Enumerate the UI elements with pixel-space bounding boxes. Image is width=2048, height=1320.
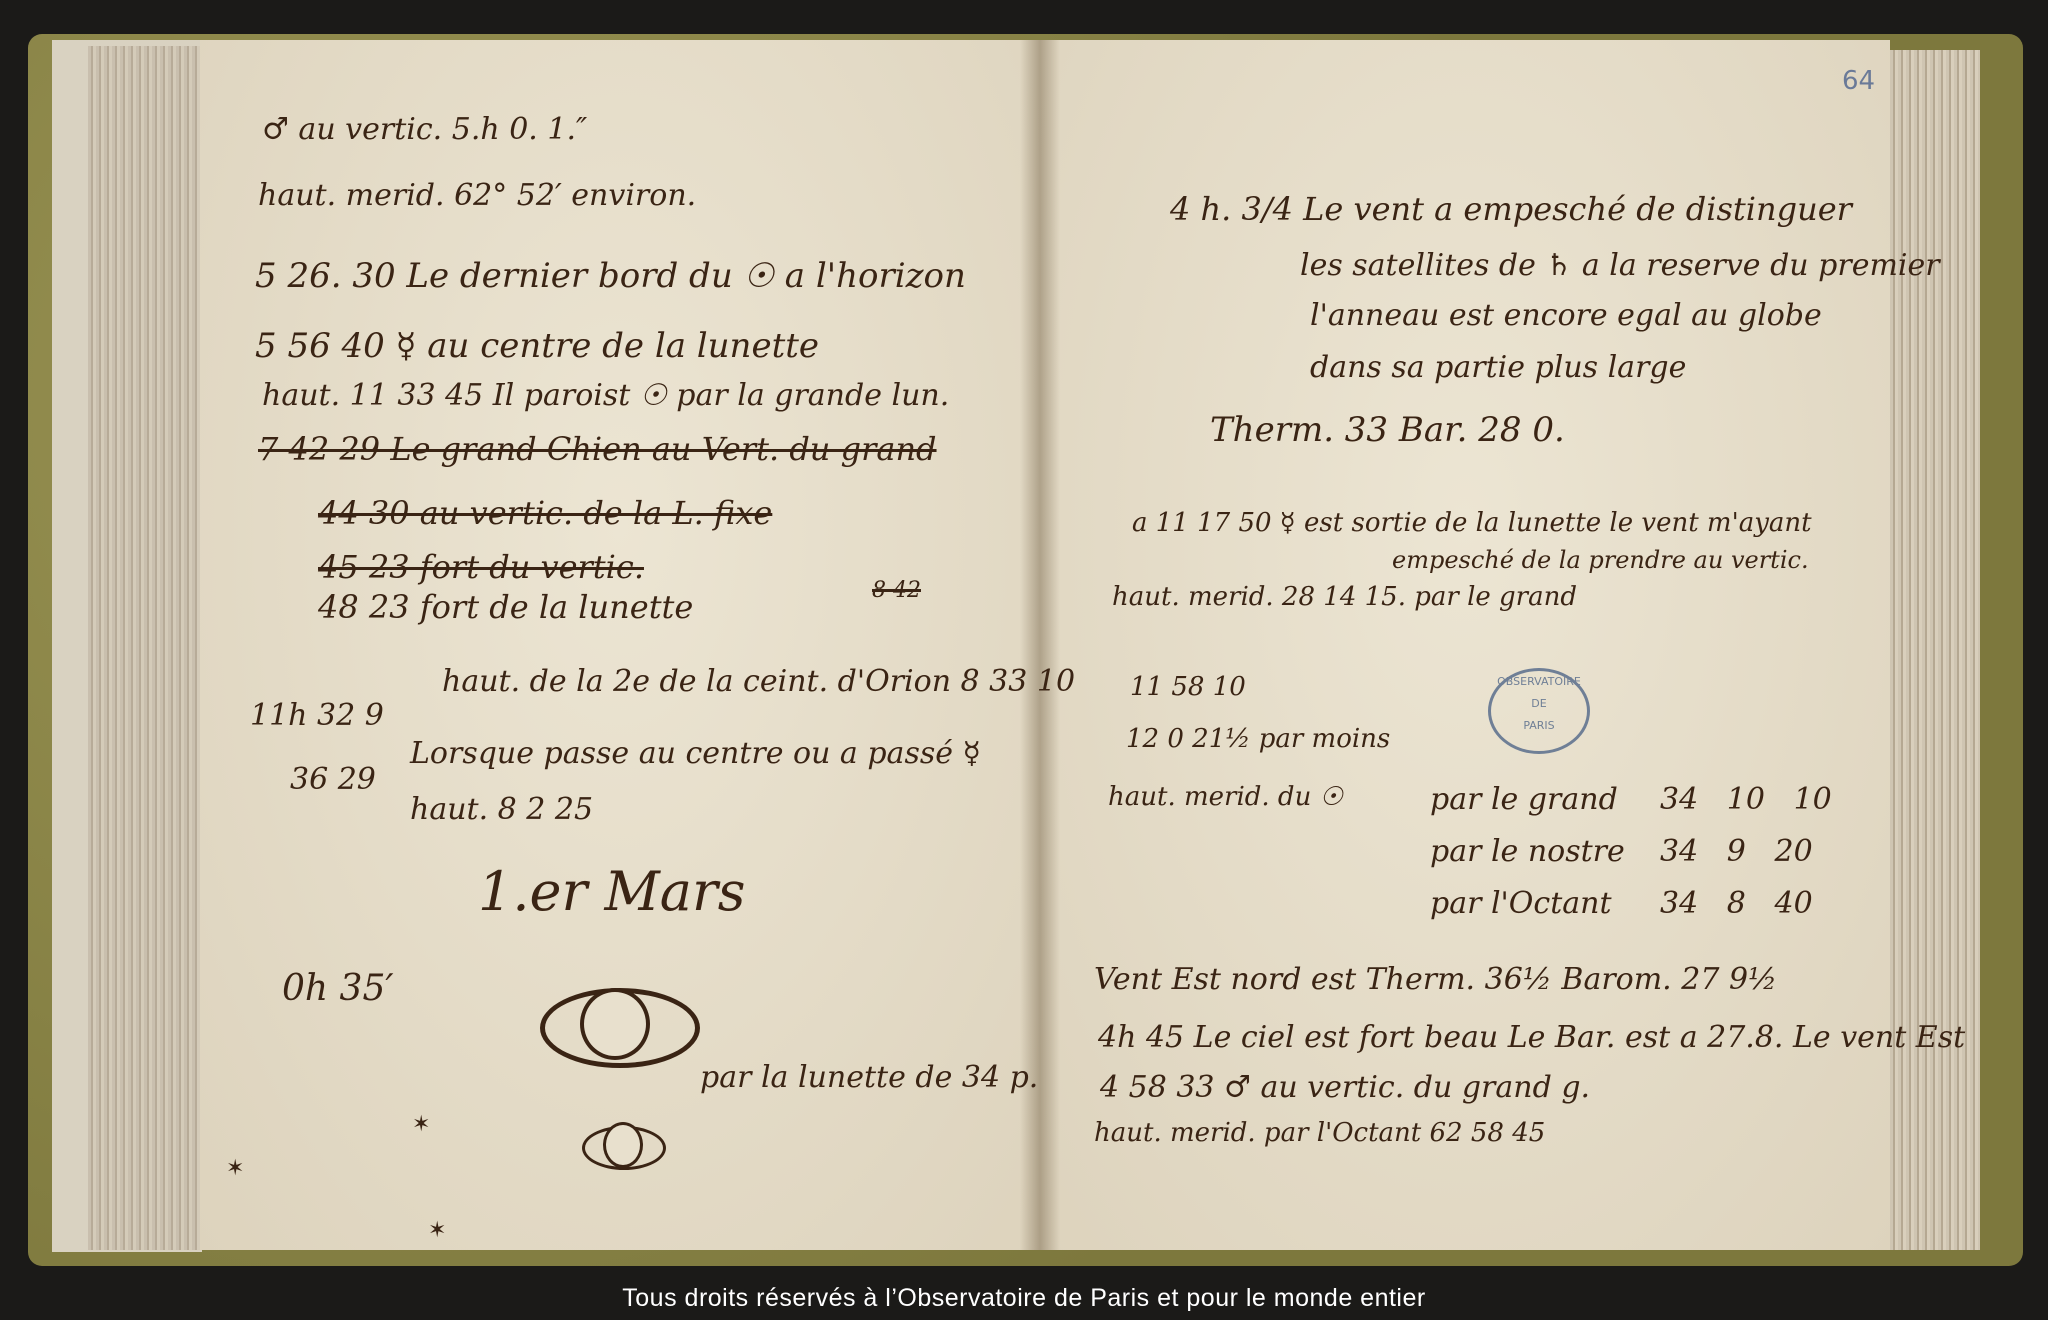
copyright-footer: Tous droits réservés à l’Observatoire de… bbox=[0, 1284, 2048, 1313]
star-icon: ✶ bbox=[428, 1218, 446, 1243]
meridian-row-2-instrument: par le nostre bbox=[1430, 834, 1625, 869]
left-line-5: haut. 11 33 45 Il paroist ☉ par la grand… bbox=[262, 378, 949, 413]
bottom-line-3: 4 58 33 ♂ au vertic. du grand g. bbox=[1100, 1070, 1590, 1105]
orion-time-2: 36 29 bbox=[290, 762, 376, 797]
left-line-1: ♂ au vertic. 5.h 0. 1.″ bbox=[262, 112, 587, 147]
left-line-9: 48 23 fort de la lunette bbox=[318, 588, 693, 626]
left-line-7-struck: 44 30 au vertic. de la L. fixe bbox=[318, 494, 772, 532]
bottom-line-2: 4h 45 Le ciel est fort beau Le Bar. est … bbox=[1098, 1020, 1965, 1055]
left-line-2: haut. merid. 62° 52′ environ. bbox=[258, 178, 696, 213]
star-icon: ✶ bbox=[412, 1112, 430, 1137]
orion-line-3: haut. 8 2 25 bbox=[410, 792, 593, 827]
obs-line-4: 12 0 21½ par moins bbox=[1126, 724, 1390, 754]
meridian-row-1-instrument: par le grand bbox=[1430, 782, 1618, 817]
saturn-sketch-large-globe bbox=[580, 988, 650, 1060]
meridian-row-3-values: 34 8 40 bbox=[1660, 886, 1813, 921]
margin-note: 8 42 bbox=[872, 578, 921, 603]
right-line-1: 4 h. 3/4 Le vent a empesché de distingue… bbox=[1170, 190, 1852, 228]
right-line-5: Therm. 33 Bar. 28 0. bbox=[1210, 410, 1565, 450]
left-line-4: 5 56 40 ☿ au centre de la lunette bbox=[255, 326, 819, 366]
left-line-6-struck: 7 42 29 Le grand Chien au Vert. du grand bbox=[258, 430, 937, 468]
left-line-8-struck: 45 23 fort du vertic. bbox=[318, 548, 644, 586]
page-number: 64 bbox=[1842, 66, 1875, 96]
stamp-line-1: OBSERVATOIRE bbox=[1491, 671, 1587, 693]
meridian-label: haut. merid. du ☉ bbox=[1108, 782, 1343, 812]
obs-line-3: 11 58 10 bbox=[1130, 672, 1246, 702]
saturn-sketch-small-globe bbox=[603, 1122, 643, 1168]
left-page-edges bbox=[88, 46, 200, 1250]
orion-line-2: Lorsque passe au centre ou a passé ☿ bbox=[410, 736, 981, 771]
right-line-4: dans sa partie plus large bbox=[1310, 350, 1686, 385]
min: 10 bbox=[1727, 782, 1765, 817]
sec: 10 bbox=[1794, 782, 1832, 817]
meridian-row-3-instrument: par l'Octant bbox=[1430, 886, 1612, 921]
orion-line-1: haut. de la 2e de la ceint. d'Orion 8 33… bbox=[442, 664, 1075, 699]
right-line-2: les satellites de ♄ a la reserve du prem… bbox=[1300, 248, 1940, 283]
stamp-line-3: PARIS bbox=[1491, 715, 1587, 737]
meridian-row-2-values: 34 9 20 bbox=[1660, 834, 1813, 869]
meridian-row-1-values: 34 10 10 bbox=[1660, 782, 1832, 817]
observatoire-stamp: OBSERVATOIRE DE PARIS bbox=[1488, 668, 1590, 754]
min: 8 bbox=[1727, 886, 1746, 921]
deg: 34 bbox=[1660, 834, 1698, 869]
time-mark: 0h 35′ bbox=[282, 968, 394, 1009]
stamp-line-2: DE bbox=[1491, 693, 1587, 715]
left-line-3: 5 26. 30 Le dernier bord du ☉ a l'horizo… bbox=[255, 256, 966, 296]
obs-line-1b: empesché de la prendre au vertic. bbox=[1392, 546, 1809, 574]
orion-time: 11h 32 9 bbox=[250, 698, 384, 733]
bottom-line-4: haut. merid. par l'Octant 62 58 45 bbox=[1094, 1118, 1545, 1148]
deg: 34 bbox=[1660, 886, 1698, 921]
right-page-edges bbox=[1890, 50, 1980, 1250]
star-icon: ✶ bbox=[226, 1156, 244, 1181]
obs-line-1: a 11 17 50 ☿ est sortie de la lunette le… bbox=[1132, 508, 1812, 538]
sec: 20 bbox=[1775, 834, 1813, 869]
obs-line-2: haut. merid. 28 14 15. par le grand bbox=[1112, 582, 1577, 612]
right-line-3: l'anneau est encore egal au globe bbox=[1310, 298, 1822, 333]
date-heading: 1.er Mars bbox=[478, 860, 745, 923]
sec: 40 bbox=[1775, 886, 1813, 921]
bottom-line-1: Vent Est nord est Therm. 36½ Barom. 27 9… bbox=[1094, 962, 1777, 997]
min: 9 bbox=[1727, 834, 1746, 869]
deg: 34 bbox=[1660, 782, 1698, 817]
sketch-caption: par la lunette de 34 p. bbox=[700, 1060, 1038, 1095]
